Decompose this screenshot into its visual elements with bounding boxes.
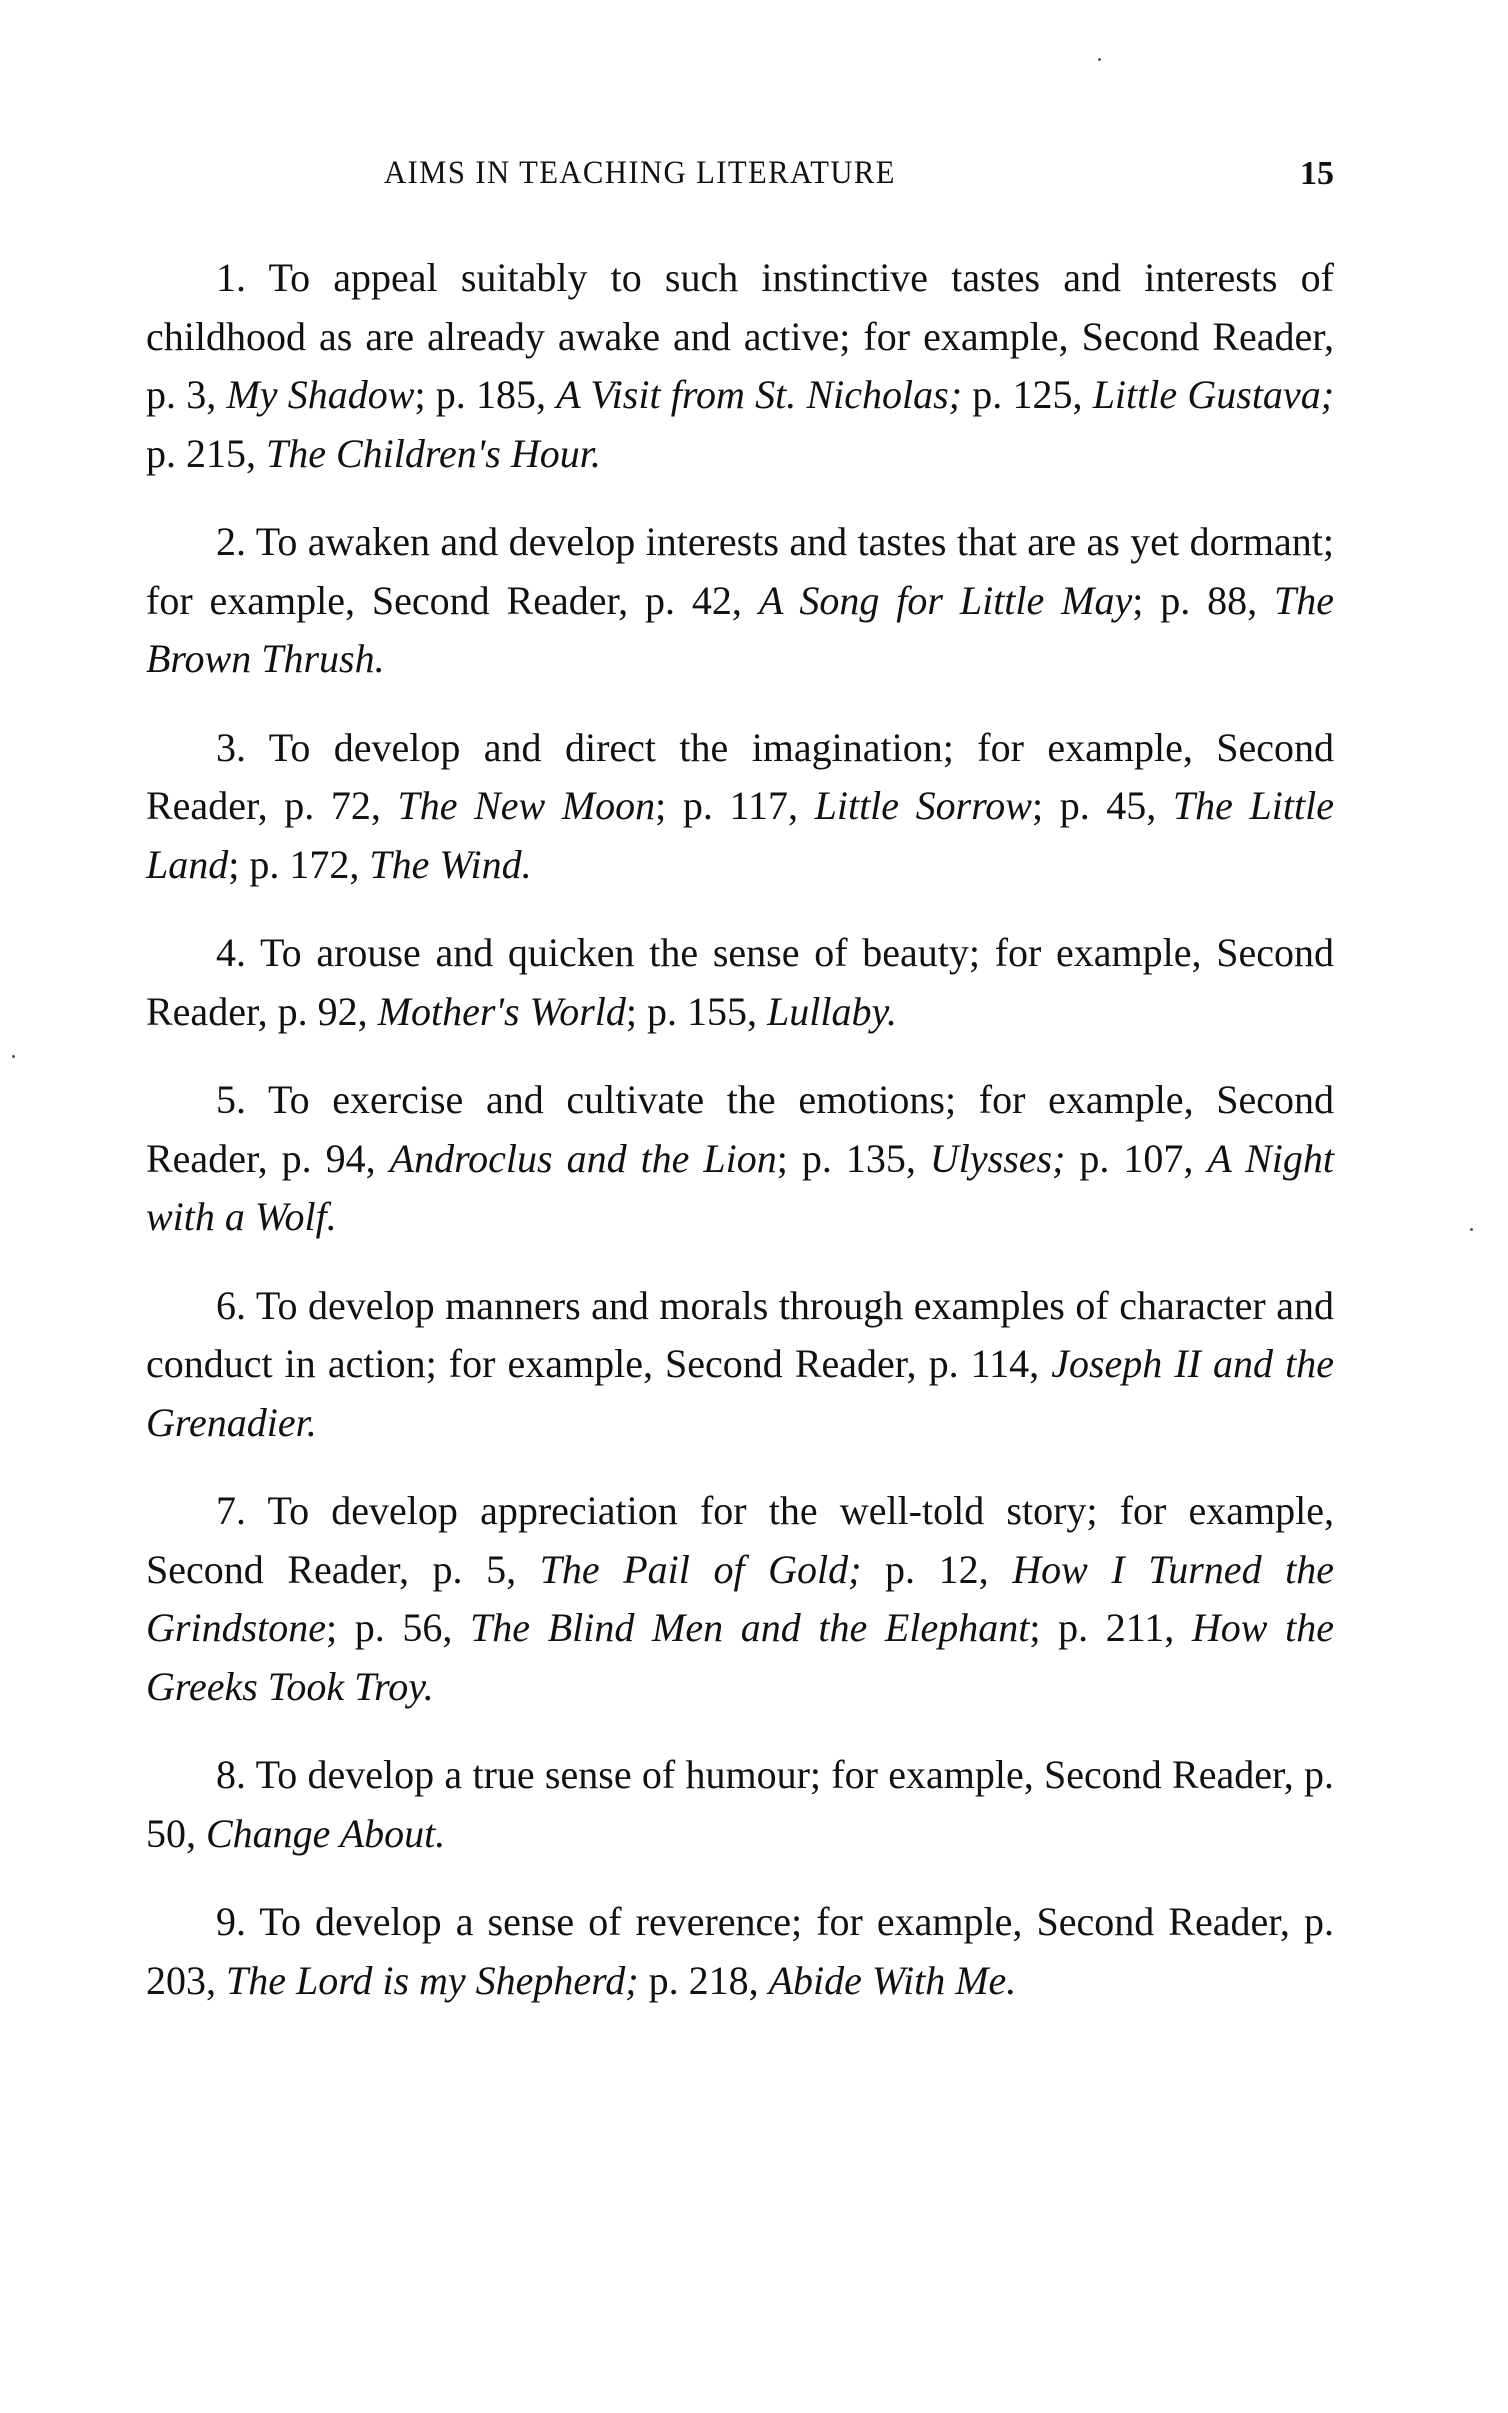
numbered-aim-paragraph: 2. To awaken and develop interests and t… [146, 513, 1334, 689]
reading-title: The Blind Men and the Elephant [470, 1605, 1029, 1650]
reading-title: The Lord is my Shepherd; [226, 1958, 639, 2003]
numbered-aim-paragraph: 6. To develop manners and morals through… [146, 1277, 1334, 1453]
reading-title: The New Moon [397, 783, 655, 828]
print-speck [1098, 58, 1101, 61]
numbered-aim-paragraph: 5. To exercise and cultivate the emotion… [146, 1071, 1334, 1247]
book-page: AIMS IN TEACHING LITERATURE 15 1. To app… [0, 0, 1508, 2413]
numbered-aim-paragraph: 1. To appeal suitably to such instinctiv… [146, 249, 1334, 483]
reading-title: A Visit from St. Nicholas; [556, 372, 962, 417]
aim-text: ; p. 172, [228, 842, 369, 887]
reading-title: My Shadow [226, 372, 414, 417]
aim-number: 7. [216, 1488, 267, 1533]
aim-text: p. 125, [962, 372, 1093, 417]
numbered-aim-paragraph: 8. To develop a true sense of humour; fo… [146, 1746, 1334, 1863]
aim-number: 6. [216, 1283, 256, 1328]
numbered-aim-paragraph: 9. To develop a sense of reverence; for … [146, 1893, 1334, 2010]
aim-text: ; p. 56, [326, 1605, 470, 1650]
aim-text: p. 12, [861, 1547, 1012, 1592]
numbered-aim-paragraph: 3. To develop and direct the imagination… [146, 719, 1334, 895]
numbered-aim-paragraph: 7. To develop appreciation for the well-… [146, 1482, 1334, 1716]
running-header: AIMS IN TEACHING LITERATURE 15 [146, 155, 1334, 201]
aim-text: ; p. 117, [655, 783, 814, 828]
print-speck [12, 1055, 15, 1058]
aim-number: 2. [216, 519, 256, 564]
aim-text: ; p. 135, [777, 1136, 930, 1181]
page-body: 1. To appeal suitably to such instinctiv… [146, 249, 1334, 2040]
reading-title: Change About. [206, 1811, 445, 1856]
aim-text: p. 215, [146, 431, 266, 476]
reading-title: A Song for Little May [759, 578, 1132, 623]
reading-title: The Pail of Gold; [540, 1547, 862, 1592]
aim-text: ; p. 45, [1032, 783, 1173, 828]
reading-title: The Children's Hour. [266, 431, 601, 476]
aim-number: 1. [216, 255, 268, 300]
aim-number: 5. [216, 1077, 268, 1122]
reading-title: Little Sorrow [815, 783, 1032, 828]
aim-text: ; p. 88, [1132, 578, 1274, 623]
reading-title: Mother's World [378, 989, 626, 1034]
aim-text: ; p. 185, [414, 372, 556, 417]
aim-number: 9. [216, 1899, 259, 1944]
reading-title: Abide With Me. [769, 1958, 1017, 2003]
running-title: AIMS IN TEACHING LITERATURE [384, 155, 896, 192]
reading-title: Lullaby. [767, 989, 897, 1034]
aim-number: 4. [216, 930, 260, 975]
print-speck [1470, 1228, 1473, 1231]
aim-number: 3. [216, 725, 269, 770]
numbered-aim-paragraph: 4. To arouse and quicken the sense of be… [146, 924, 1334, 1041]
page-number: 15 [1300, 155, 1334, 193]
reading-title: The Wind. [369, 842, 531, 887]
aim-number: 8. [216, 1752, 256, 1797]
aim-text: ; p. 211, [1029, 1605, 1192, 1650]
aim-text: p. 218, [639, 1958, 769, 2003]
reading-title: Ulysses; [930, 1136, 1066, 1181]
aim-text: p. 107, [1065, 1136, 1207, 1181]
reading-title: Little Gustava; [1093, 372, 1334, 417]
aim-text: ; p. 155, [626, 989, 767, 1034]
reading-title: Androclus and the Lion [390, 1136, 777, 1181]
